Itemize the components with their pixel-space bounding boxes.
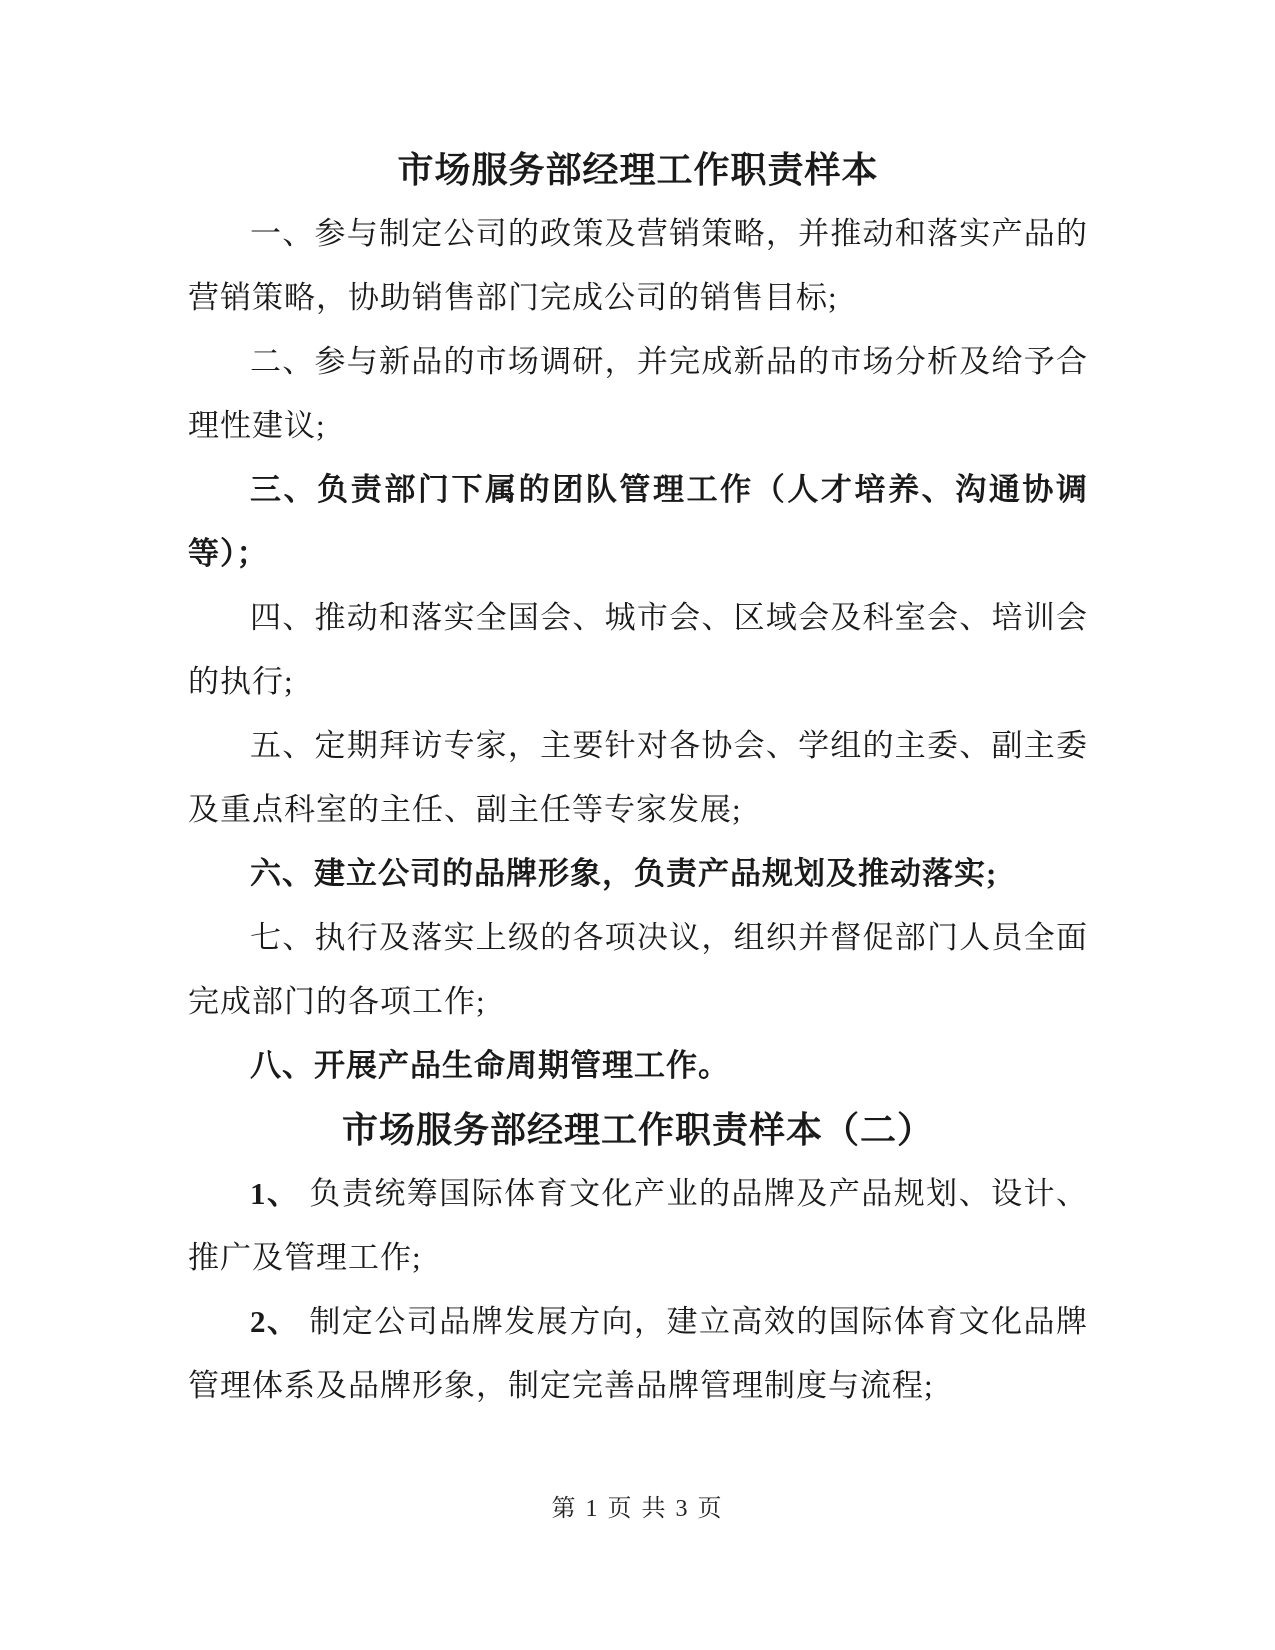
section1-paragraph-8: 八、开展产品生命周期管理工作。 [188, 1034, 1088, 1098]
section1-paragraph-6: 六、建立公司的品牌形象，负责产品规划及推动落实; [188, 842, 1088, 906]
document-content: 市场服务部经理工作职责样本 一、参与制定公司的政策及营销策略，并推动和落实产品的… [188, 138, 1088, 1418]
section2-paragraph-2-text: 制定公司品牌发展方向，建立高效的国际体育文化品牌管理体系及品牌形象，制定完善品牌… [188, 1304, 1088, 1403]
document-page: 市场服务部经理工作职责样本 一、参与制定公司的政策及营销策略，并推动和落实产品的… [0, 0, 1275, 1650]
section2-paragraph-1: 1、负责统筹国际体育文化产业的品牌及产品规划、设计、推广及管理工作; [188, 1162, 1088, 1290]
section2-paragraph-2-number: 2、 [250, 1304, 309, 1339]
section2-paragraph-1-text: 负责统筹国际体育文化产业的品牌及产品规划、设计、推广及管理工作; [188, 1176, 1088, 1275]
section1-paragraph-3: 三、负责部门下属的团队管理工作（人才培养、沟通协调等）； [188, 458, 1088, 586]
section1-paragraph-2: 二、参与新品的市场调研，并完成新品的市场分析及给予合理性建议; [188, 330, 1088, 458]
section1-paragraph-5: 五、定期拜访专家，主要针对各协会、学组的主委、副主委及重点科室的主任、副主任等专… [188, 714, 1088, 842]
section1-paragraph-1: 一、参与制定公司的政策及营销策略，并推动和落实产品的营销策略，协助销售部门完成公… [188, 202, 1088, 330]
section1-paragraph-7: 七、执行及落实上级的各项决议，组织并督促部门人员全面完成部门的各项工作; [188, 906, 1088, 1034]
section2-title: 市场服务部经理工作职责样本（二） [188, 1098, 1088, 1162]
section1-title: 市场服务部经理工作职责样本 [188, 138, 1088, 202]
section1-paragraph-4: 四、推动和落实全国会、城市会、区域会及科室会、培训会的执行; [188, 586, 1088, 714]
page-number: 第 1 页 共 3 页 [0, 1488, 1275, 1523]
section2-paragraph-1-number: 1、 [250, 1176, 309, 1211]
section2-paragraph-2: 2、制定公司品牌发展方向，建立高效的国际体育文化品牌管理体系及品牌形象，制定完善… [188, 1290, 1088, 1418]
